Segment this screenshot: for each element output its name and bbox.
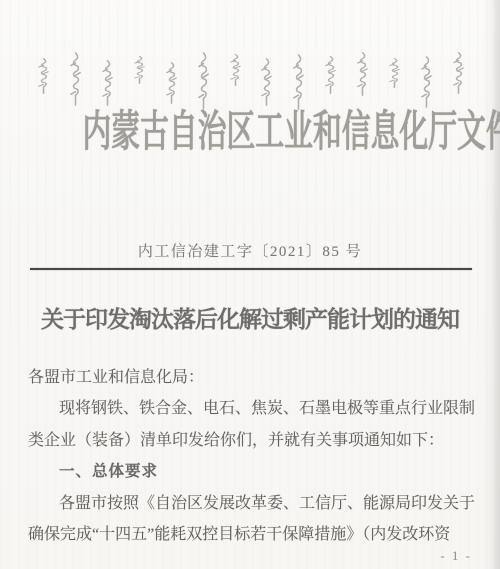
separator-line [30,268,472,270]
agency-title: 内蒙古自治区工业和信息化厅文件 [83,98,418,159]
page-number: - 1 - [440,548,472,564]
body-line: 类企业（装备）清单印发给你们，并就有关事项通知如下： [28,425,478,456]
mongolian-word-glyph [325,56,336,94]
salutation-line: 各盟市工业和信息化局： [28,362,478,393]
mongolian-word-glyph [70,52,81,106]
body-line: 确保完成“十四五”能耗双控目标若干保障措施》（内发改环资 [28,519,478,550]
body-line: 各盟市按照《自治区发展改革委、工信厅、能源局印发关于 [28,488,478,519]
doc-number: 内工信冶建工字〔2021〕85 号 [0,240,500,261]
mongolian-word-glyph [230,54,241,86]
scanned-document-page: 内蒙古自治区工业和信息化厅文件 内工信冶建工字〔2021〕85 号 关于印发淘汰… [0,0,500,569]
body-line: 现将钢铁、铁合金、电石、焦炭、石墨电极等重点行业限制 [28,393,478,424]
mongolian-word-glyph [357,52,368,96]
document-title: 关于印发淘汰落后化解过剩产能计划的通知 [0,301,500,334]
mongolian-word-glyph [38,58,49,94]
mongolian-word-glyph [389,58,400,88]
mongolian-word-glyph [421,56,432,108]
mongolian-word-glyph [134,56,145,84]
document-body: 各盟市工业和信息化局： 现将钢铁、铁合金、电石、焦炭、石墨电极等重点行业限制 类… [28,362,478,550]
section-heading: 一、总体要求 [28,456,478,487]
mongolian-word-glyph [453,52,464,94]
